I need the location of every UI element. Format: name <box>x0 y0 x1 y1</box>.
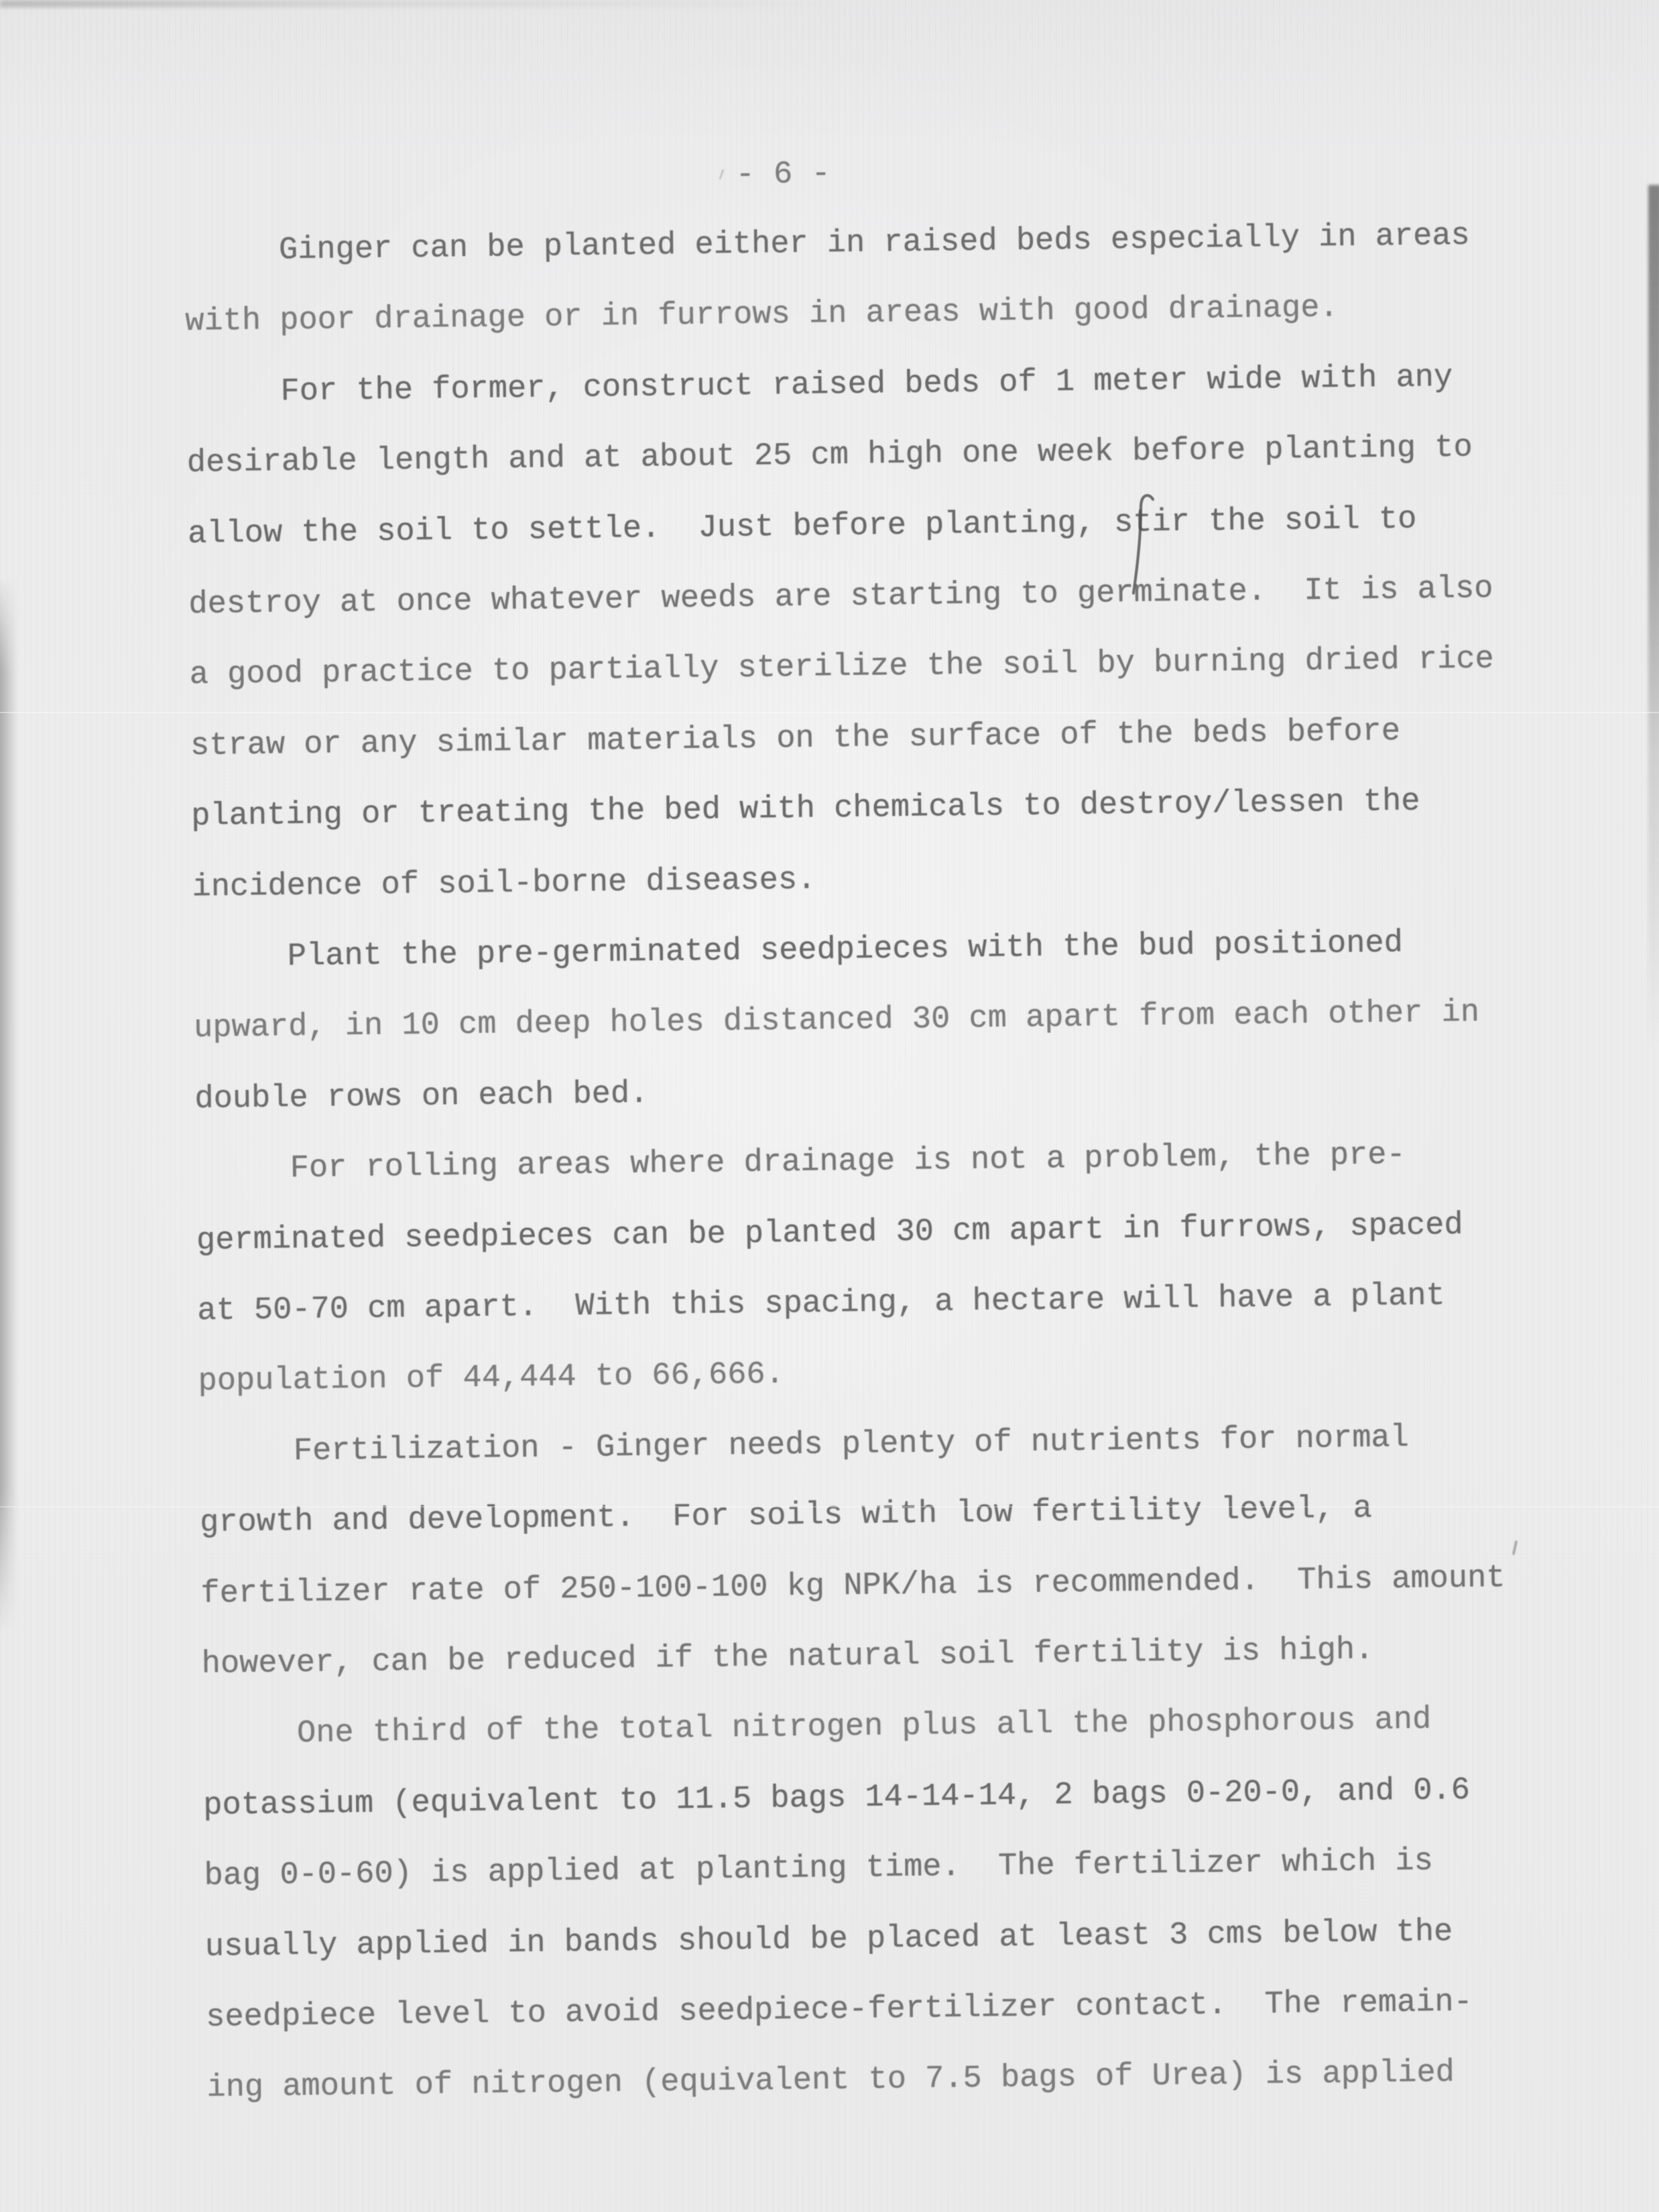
text-line: allow the soil to settle. Just before pl… <box>188 503 1417 550</box>
text-line: desirable length and at about 25 cm high… <box>187 432 1473 479</box>
text-line: at 50-70 cm apart. With this spacing, a … <box>197 1280 1445 1327</box>
text-line: straw or any similar materials on the su… <box>190 716 1401 762</box>
scan-edge-shadow-top <box>0 0 838 7</box>
text-line: For the former, construct raised beds of… <box>186 362 1453 409</box>
text-line: planting or treating the bed with chemic… <box>191 786 1420 833</box>
text-line: Plant the pre-germinated seedpieces with… <box>193 928 1404 974</box>
text-line: population of 44,444 to 66,666. <box>198 1359 784 1398</box>
text-line: double rows on each bed. <box>194 1079 648 1115</box>
text-line: For rolling areas where drainage is not … <box>195 1140 1406 1186</box>
text-line: bag 0-0-60) is applied at planting time.… <box>204 1846 1433 1892</box>
scan-artifact-line <box>0 712 1659 713</box>
text-line: ing amount of nitrogen (equivalent to 7.… <box>206 2058 1455 2105</box>
handwriting-stroke <box>1118 491 1165 602</box>
text-line: growth and development. For soils with l… <box>200 1493 1372 1539</box>
text-line: fertilizer rate of 250-100-100 kg NPK/ha… <box>200 1562 1506 1610</box>
text-line: incidence of soil-borne diseases. <box>192 864 816 903</box>
scanned-document-page: - 6 - Ginger can be planted either in ra… <box>0 0 1659 2212</box>
text-line: upward, in 10 cm deep holes distanced 30… <box>194 997 1479 1044</box>
text-line: destroy at once whatever weeds are start… <box>188 573 1493 621</box>
page-number: - 6 - <box>735 158 831 191</box>
scan-edge-shadow-right <box>1648 185 1659 1050</box>
scan-edge-shadow-left <box>0 576 17 1636</box>
typewritten-text-layer: - 6 - Ginger can be planted either in ra… <box>0 0 1659 2212</box>
text-line: seedpiece level to avoid seedpiece-ferti… <box>206 1987 1473 2034</box>
text-line: however, can be reduced if the natural s… <box>202 1635 1374 1680</box>
text-line: usually applied in bands should be place… <box>205 1916 1453 1963</box>
text-line: germinated seedpieces can be planted 30 … <box>196 1209 1463 1256</box>
text-line: potassium (equivalent to 11.5 bags 14-14… <box>203 1775 1470 1822</box>
text-line: One third of the total nitrogen plus all… <box>202 1705 1432 1751</box>
text-line: with poor drainage or in furrows in area… <box>185 292 1339 338</box>
text-line: Fertilization - Ginger needs plenty of n… <box>199 1422 1410 1469</box>
scan-artifact-line <box>0 1506 1659 1508</box>
text-line: a good practice to partially sterilize t… <box>189 644 1494 692</box>
text-line: Ginger can be planted either in raised b… <box>184 221 1470 267</box>
